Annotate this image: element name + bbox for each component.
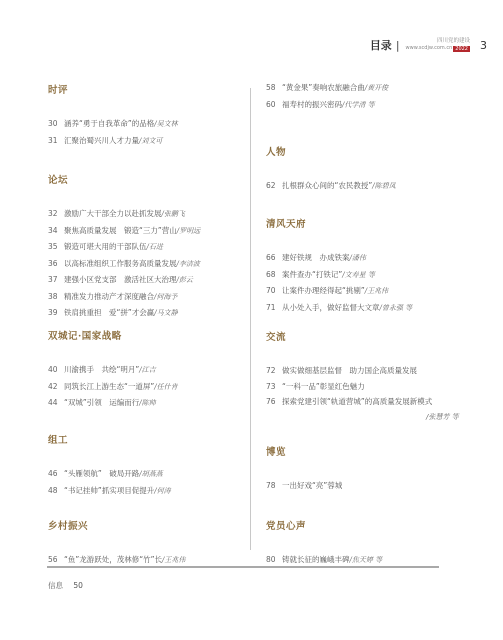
toc-entry[interactable]: 80铸就长征的巍峨丰碑/焦天婷 等 (266, 552, 382, 569)
section-title: 党员心声 (266, 518, 382, 532)
toc-entry[interactable]: 30涵养“勇于自我革命”的品格/吴文林 (48, 116, 178, 133)
entry-title: 探索党建引领“轨道营城”的高质量发展新模式 (282, 397, 432, 406)
entry-page: 70 (266, 283, 282, 299)
entry-page: 62 (266, 178, 282, 194)
entry-page: 76 (266, 394, 282, 410)
entry-page: 66 (266, 250, 282, 266)
entry-author: /李洁波 (177, 260, 200, 268)
entry-author: /马文静 (154, 309, 177, 317)
section-title: 双城记·国家战略 (48, 328, 178, 342)
entry-page: 39 (48, 305, 64, 321)
toc-entry[interactable]: 62扎根群众心间的“农民教授”/陈碧凤 (266, 178, 396, 195)
entry-page: 56 (48, 552, 64, 568)
entry-title: 让案件办理经得起“挑剔” (282, 286, 365, 295)
entry-title: 建强小区党支部 激活社区大治理 (64, 275, 177, 284)
toc-label: 目录 (370, 37, 392, 53)
brand-url-row: www.scdjw.com.cn 2022 (406, 45, 470, 52)
section-title: 人物 (266, 144, 396, 158)
entry-page: 38 (48, 289, 64, 305)
entry-title: 扎根群众心间的“农民教授” (282, 181, 372, 190)
toc-entry[interactable]: 40川渝携手 共绘“明月”/江吉 (48, 362, 178, 379)
footer-page-number: 50 (73, 581, 83, 590)
entry-title: 案件查办“打铁记” (282, 270, 342, 279)
toc-entry[interactable]: 36以高标准组织工作服务高质量发展/李洁波 (48, 256, 200, 273)
entry-title: 汇聚治蜀兴川人才力量 (64, 136, 139, 145)
entry-author: /陈碧凤 (372, 182, 395, 190)
entry-author: /吴文林 (154, 120, 177, 128)
footer-label: 信息 (48, 581, 63, 590)
entry-author: /黄开俊 (365, 84, 388, 92)
entry-author: /罗明远 (177, 227, 200, 235)
entry-title: 铁肩挑重担 爱“拼”才会赢 (64, 308, 154, 317)
entry-page: 73 (266, 379, 282, 395)
section-zugong: 组工 46“头雁领航” 破局开路/胡燕燕 48“书记挂帅”抓实项目促提升/何涛 (48, 432, 171, 499)
section-continued: 58“黄金果”奏响农旅融合曲/黄开俊 60福寿村的振兴密码/代学清 等 (266, 80, 388, 113)
entry-page: 80 (266, 552, 282, 568)
header-page-number: 3 (480, 39, 487, 52)
toc-entry[interactable]: 72做实做细基层监督 助力国企高质量发展 (266, 363, 459, 379)
entry-title: 福寿村的振兴密码 (282, 100, 342, 109)
entry-author: /王兆伟 (365, 287, 388, 295)
entry-title: 精准发力推动产才深度融合 (64, 292, 154, 301)
toc-entry[interactable]: 44“双城”引领 运编而行/陈帅 (48, 395, 178, 412)
entry-page: 78 (266, 478, 282, 494)
entry-title: “鱼”龙游跃处，茂林修“竹”长 (64, 555, 162, 564)
entry-author: /彭云 (177, 276, 193, 284)
entry-page: 48 (48, 483, 64, 499)
section-shuangchengji: 双城记·国家战略 40川渝携手 共绘“明月”/江吉 42同筑长江上游生态“一道屏… (48, 328, 178, 412)
entry-title: 建好铁规 办成铁案 (282, 253, 350, 262)
section-title: 论坛 (48, 172, 200, 186)
entry-page: 60 (266, 97, 282, 113)
entry-page: 40 (48, 362, 64, 378)
entry-page: 46 (48, 466, 64, 482)
toc-entry[interactable]: 71从小处入手，做好监督大文章/曾永强 等 (266, 300, 412, 317)
entry-title: 川渝携手 共绘“明月” (64, 365, 139, 374)
entry-title: “头雁领航” 破局开路 (64, 469, 139, 478)
section-qingfengtianfu: 清风天府 66建好铁规 办成铁案/潘伟 68案件查办“打铁记”/文寿星 等 70… (266, 216, 412, 316)
section-title: 乡村振兴 (48, 518, 185, 532)
entry-page: 72 (266, 363, 282, 379)
entry-title: 激励广大干部全力以赴抓发展 (64, 209, 162, 218)
entry-page: 30 (48, 116, 64, 132)
entry-title: 聚焦高质量发展 锻造“三力”营山 (64, 226, 177, 235)
entry-page: 71 (266, 300, 282, 316)
entry-page: 37 (48, 272, 64, 288)
brand-year-badge: 2022 (453, 46, 470, 52)
entry-page: 31 (48, 133, 64, 149)
section-bolan: 博览 78一出好戏“亮”蓉城 (266, 444, 342, 494)
entry-page: 58 (266, 80, 282, 96)
toc-entry[interactable]: 73“一科一品”彰显红色魅力 (266, 379, 459, 395)
section-title: 组工 (48, 432, 171, 446)
entry-author: /刘文可 (139, 137, 162, 145)
entry-title: 锻造可堪大用的干部队伍 (64, 242, 147, 251)
toc-entry[interactable]: 38精准发力推动产才深度融合/何海予 (48, 289, 200, 306)
entry-page: 32 (48, 206, 64, 222)
entry-author: /江吉 (139, 366, 155, 374)
entry-page: 44 (48, 395, 64, 411)
entry-title: “黄金果”奏响农旅融合曲 (282, 83, 365, 92)
page-header: 目录 | 四川党的建设 www.scdjw.com.cn 2022 3 (370, 34, 487, 56)
section-title: 时评 (48, 82, 178, 96)
entry-author: /何海予 (154, 293, 177, 301)
entry-title: “双城”引领 运编而行 (64, 398, 139, 407)
entry-author: /陈帅 (139, 399, 155, 407)
toc-entry[interactable]: 46“头雁领航” 破局开路/胡燕燕 (48, 466, 171, 483)
entry-title: “一科一品”彰显红色魅力 (282, 382, 365, 391)
toc-entry[interactable]: 66建好铁规 办成铁案/潘伟 (266, 250, 412, 267)
section-title: 交流 (266, 329, 459, 343)
toc-entry[interactable]: 39铁肩挑重担 爱“拼”才会赢/马文静 (48, 305, 200, 322)
entry-author: /何涛 (154, 487, 170, 495)
entry-page: 35 (48, 239, 64, 255)
entry-author: /张慧芳 等 (266, 410, 459, 425)
toc-entry[interactable]: 56“鱼”龙游跃处，茂林修“竹”长/王兆伟 (48, 552, 185, 569)
brand-url: www.scdjw.com.cn (406, 45, 453, 52)
entry-page: 68 (266, 267, 282, 283)
toc-entry[interactable]: 68案件查办“打铁记”/文寿星 等 (266, 267, 412, 284)
entry-title: 从小处入手，做好监督大文章 (282, 303, 380, 312)
toc-entry[interactable]: 32激励广大干部全力以赴抓发展/张鹏飞 (48, 206, 200, 223)
entry-author: /曾永强 等 (380, 304, 413, 312)
toc-entry[interactable]: 34聚焦高质量发展 锻造“三力”营山/罗明远 (48, 223, 200, 240)
entry-author: /潘伟 (350, 254, 366, 262)
entry-page: 34 (48, 223, 64, 239)
toc-entry[interactable]: 31汇聚治蜀兴川人才力量/刘文可 (48, 133, 178, 150)
entry-page: 42 (48, 379, 64, 395)
toc-entry[interactable]: 70让案件办理经得起“挑剔”/王兆伟 (266, 283, 412, 300)
entry-author: /张鹏飞 (162, 210, 185, 218)
entry-title: 以高标准组织工作服务高质量发展 (64, 259, 177, 268)
entry-author: /胡燕燕 (139, 470, 162, 478)
toc-entry[interactable]: 78一出好戏“亮”蓉城 (266, 478, 342, 494)
header-separator: | (396, 39, 400, 52)
entry-title: 同筑长江上游生态“一道屏” (64, 382, 154, 391)
entry-page: 36 (48, 256, 64, 272)
entry-author: /代学清 等 (342, 101, 375, 109)
section-jiaoliu: 交流 72做实做细基层监督 助力国企高质量发展 73“一科一品”彰显红色魅力 7… (266, 329, 459, 425)
toc-entry[interactable]: 42同筑长江上游生态“一道屏”/任什肯 (48, 379, 178, 396)
entry-author: /王兆伟 (162, 556, 185, 564)
toc-entry[interactable]: 37建强小区党支部 激活社区大治理/彭云 (48, 272, 200, 289)
entry-title: 涵养“勇于自我革命”的品格 (64, 119, 154, 128)
section-renwu: 人物 62扎根群众心间的“农民教授”/陈碧凤 (266, 144, 396, 195)
toc-entry[interactable]: 58“黄金果”奏响农旅融合曲/黄开俊 (266, 80, 388, 97)
entry-title: 一出好戏“亮”蓉城 (282, 481, 342, 490)
entry-title: 做实做细基层监督 助力国企高质量发展 (282, 366, 417, 375)
section-luntan: 论坛 32激励广大干部全力以赴抓发展/张鹏飞 34聚焦高质量发展 锻造“三力”营… (48, 172, 200, 322)
toc-entry[interactable]: 60福寿村的振兴密码/代学清 等 (266, 97, 388, 114)
section-title: 清风天府 (266, 216, 412, 230)
brand-title: 四川党的建设 (437, 38, 470, 45)
column-divider (250, 88, 251, 550)
section-title: 博览 (266, 444, 342, 458)
magazine-brand: 四川党的建设 www.scdjw.com.cn 2022 (406, 38, 470, 52)
section-shiping: 时评 30涵养“勇于自我革命”的品格/吴文林 31汇聚治蜀兴川人才力量/刘文可 (48, 82, 178, 149)
entry-author: /焦天婷 等 (350, 556, 383, 564)
section-xiangcunzhenxing: 乡村振兴 56“鱼”龙游跃处，茂林修“竹”长/王兆伟 (48, 518, 185, 569)
entry-title: “书记挂帅”抓实项目促提升 (64, 486, 154, 495)
section-dangyuanxinsheng: 党员心声 80铸就长征的巍峨丰碑/焦天婷 等 (266, 518, 382, 569)
entry-author: /任什肯 (154, 383, 177, 391)
toc-entry[interactable]: 48“书记挂帅”抓实项目促提升/何涛 (48, 483, 171, 500)
entry-author: /文寿星 等 (342, 271, 375, 279)
toc-entry[interactable]: 76探索党建引领“轨道营城”的高质量发展新模式 (266, 394, 459, 410)
toc-entry[interactable]: 35锻造可堪大用的干部队伍/石进 (48, 239, 200, 256)
entry-title: 铸就长征的巍峨丰碑 (282, 555, 350, 564)
entry-author: /石进 (147, 243, 163, 251)
page-footer: 信息 50 (48, 580, 83, 591)
